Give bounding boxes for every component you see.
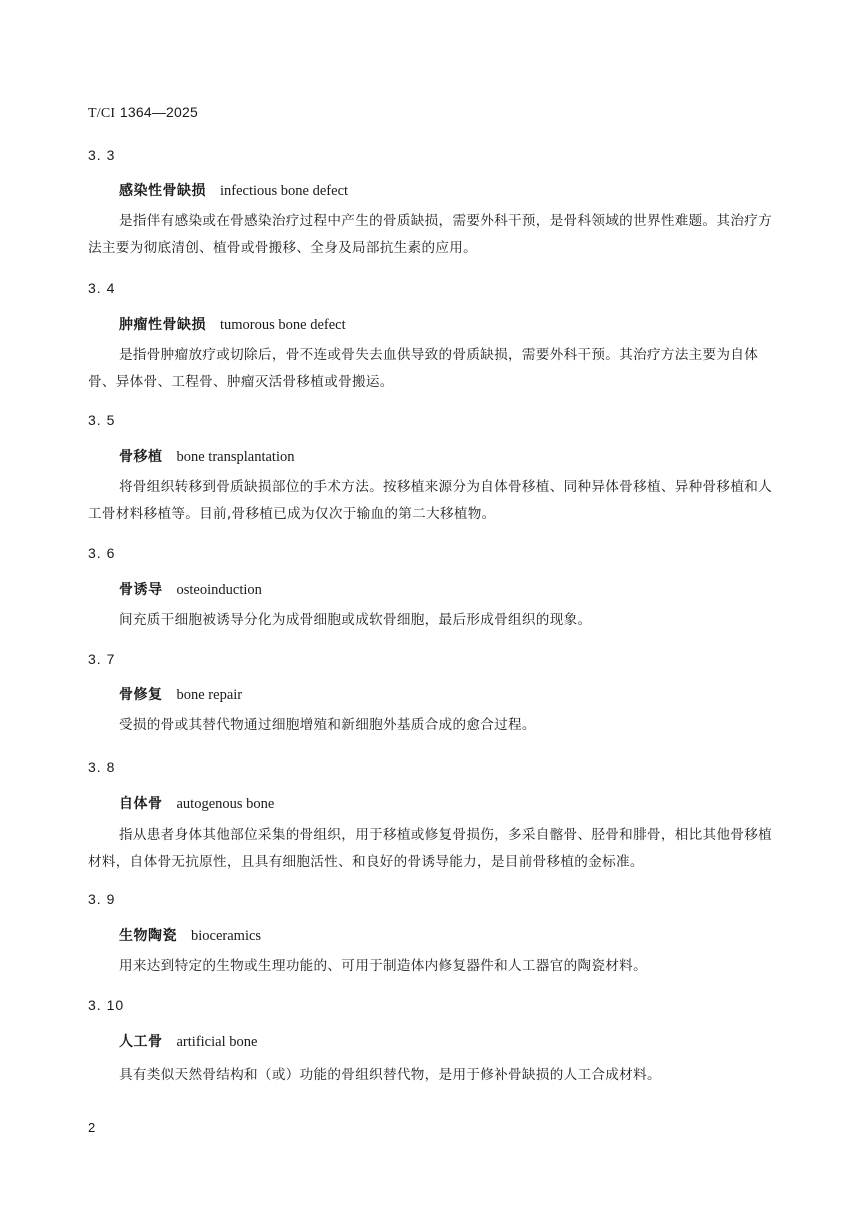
term-en: bone transplantation [177,449,295,465]
term-heading: 肿瘤性骨缺损tumorous bone defect [119,314,346,334]
term-en: autogenous bone [177,796,275,812]
standard-header: T/CI 1364—2025 [88,104,198,122]
term-en: tumorous bone defect [220,317,346,333]
term-definition: 间充质干细胞被诱导分化为成骨细胞或成软骨细胞，最后形成骨组织的现象。 [88,607,778,634]
section-number: 3. 5 [88,412,115,428]
term-en: artificial bone [177,1034,258,1050]
term-definition: 指从患者身体其他部位采集的骨组织，用于移植或修复骨损伤，多采自髂骨、胫骨和腓骨，… [88,822,778,876]
term-definition: 具有类似天然骨结构和（或）功能的骨组织替代物，是用于修补骨缺损的人工合成材料。 [88,1062,778,1089]
term-heading: 骨诱导osteoinduction [119,579,262,599]
term-definition: 用来达到特定的生物或生理功能的、可用于制造体内修复器件和人工器官的陶瓷材料。 [88,953,778,980]
term-zh: 骨移植 [119,449,163,465]
section-number: 3. 8 [88,759,115,775]
term-definition: 受损的骨或其替代物通过细胞增殖和新细胞外基质合成的愈合过程。 [88,712,778,739]
term-zh: 感染性骨缺损 [119,183,206,199]
term-heading: 自体骨autogenous bone [119,793,274,813]
term-zh: 生物陶瓷 [119,928,177,944]
page-number: 2 [88,1120,95,1135]
term-zh: 肿瘤性骨缺损 [119,317,206,333]
term-heading: 人工骨artificial bone [119,1031,257,1051]
section-number: 3. 9 [88,891,115,907]
document-page: T/CI 1364—2025 3. 3 感染性骨缺损infectious bon… [0,0,860,1216]
term-en: bioceramics [191,928,261,944]
standard-org: T/CI [88,106,115,121]
term-zh: 自体骨 [119,796,163,812]
section-number: 3. 10 [88,997,124,1013]
standard-number: 1364—2025 [120,104,198,120]
term-heading: 骨修复bone repair [119,684,242,704]
term-en: osteoinduction [177,582,262,598]
section-number: 3. 4 [88,280,115,296]
term-definition: 是指伴有感染或在骨感染治疗过程中产生的骨质缺损，需要外科干预，是骨科领域的世界性… [88,208,778,262]
term-zh: 骨修复 [119,687,163,703]
term-definition: 将骨组织转移到骨质缺损部位的手术方法。按移植来源分为自体骨移植、同种异体骨移植、… [88,474,778,528]
section-number: 3. 7 [88,651,115,667]
section-number: 3. 6 [88,545,115,561]
term-zh: 人工骨 [119,1034,163,1050]
term-heading: 骨移植bone transplantation [119,446,294,466]
term-en: bone repair [177,687,243,703]
term-heading: 生物陶瓷bioceramics [119,925,261,945]
term-zh: 骨诱导 [119,582,163,598]
section-number: 3. 3 [88,147,115,163]
term-definition: 是指骨肿瘤放疗或切除后，骨不连或骨失去血供导致的骨质缺损，需要外科干预。其治疗方… [88,342,778,396]
term-en: infectious bone defect [220,183,348,199]
term-heading: 感染性骨缺损infectious bone defect [119,180,348,200]
